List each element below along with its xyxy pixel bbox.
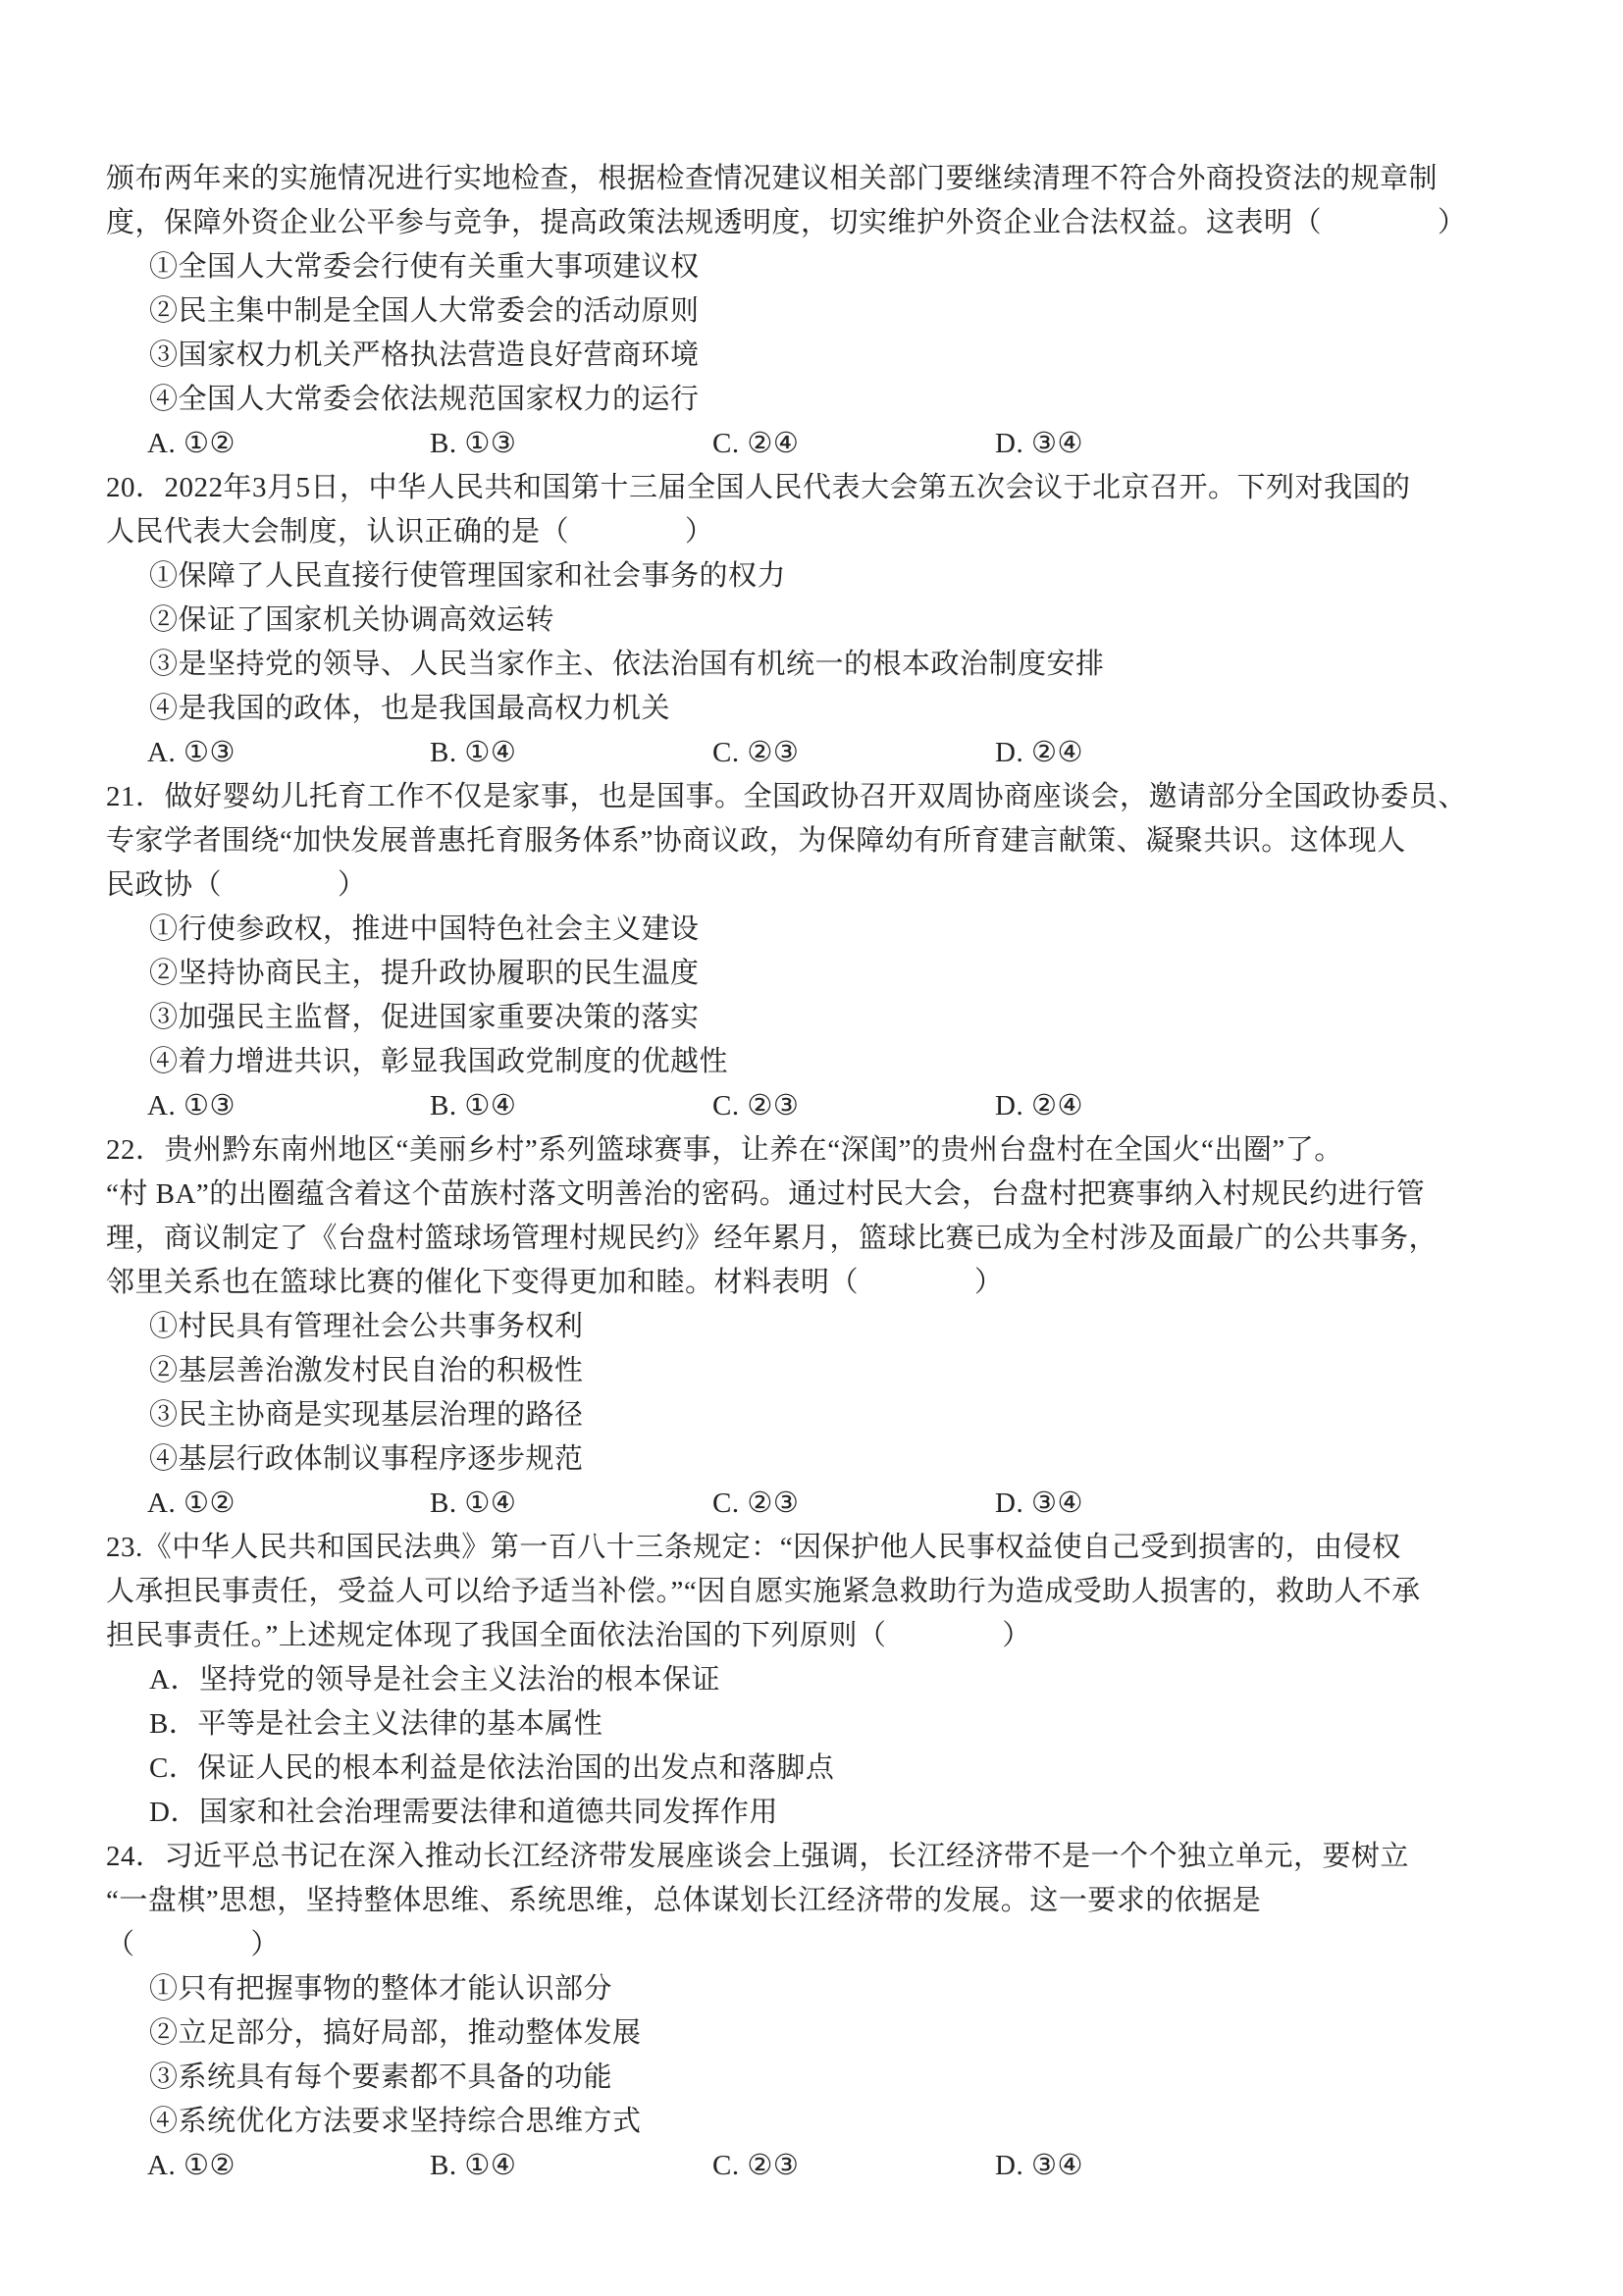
question-20: 20．2022年3月5日，中华人民共和国第十三届全国人民代表大会第五次会议于北京… <box>106 466 1529 775</box>
question-text-line: “村 BA”的出圈蕴含着这个苗族村落文明善治的密码。通过村民大会，台盘村把赛事纳… <box>106 1173 1529 1217</box>
option-line: ②基层善治激发村民自治的积极性 <box>106 1349 1529 1393</box>
choice-c: C. ②③ <box>712 1482 995 1526</box>
question-19-continuation: 颁布两年来的实施情况进行实地检查，根据检查情况建议相关部门要继续清理不符合外商投… <box>106 157 1529 466</box>
choice-a: A. ①② <box>147 1482 430 1526</box>
option-line: ③加强民主监督，促进国家重要决策的落实 <box>106 996 1529 1040</box>
choices-row: A. ①③B. ①④C. ②③D. ②④ <box>106 731 1529 775</box>
question-text-line: 21．做好婴幼儿托育工作不仅是家事，也是国事。全国政协召开双周协商座谈会，邀请部… <box>106 775 1529 819</box>
question-22: 22．贵州黔东南州地区“美丽乡村”系列篮球赛事，让养在“深闺”的贵州台盘村在全国… <box>106 1128 1529 1526</box>
question-text-line: 专家学者围绕“加快发展普惠托育服务体系”协商议政，为保障幼有所育建言献策、凝聚共… <box>106 819 1529 863</box>
choice-d: D. ②④ <box>995 1084 1083 1128</box>
option-line: ②保证了国家机关协调高效运转 <box>106 599 1529 643</box>
choices-row: A. ①②B. ①③C. ②④D. ③④ <box>106 422 1529 466</box>
question-text-line: 20．2022年3月5日，中华人民共和国第十三届全国人民代表大会第五次会议于北京… <box>106 466 1529 510</box>
choice-d: D. ③④ <box>995 2144 1083 2188</box>
option-line-d: D．国家和社会治理需要法律和道德共同发挥作用 <box>106 1791 1529 1835</box>
choice-c: C. ②③ <box>712 2144 995 2188</box>
choice-b: B. ①④ <box>430 1084 712 1128</box>
choice-b: B. ①④ <box>430 1482 712 1526</box>
option-line: ④基层行政体制议事程序逐步规范 <box>106 1437 1529 1482</box>
choices-row: A. ①②B. ①④C. ②③D. ③④ <box>106 2144 1529 2188</box>
option-line-a: A．坚持党的领导是社会主义法治的根本保证 <box>106 1658 1529 1702</box>
option-line-c: C．保证人民的根本利益是依法治国的出发点和落脚点 <box>106 1747 1529 1791</box>
option-line: ③民主协商是实现基层治理的路径 <box>106 1393 1529 1437</box>
question-text-line: 邻里关系也在篮球比赛的催化下变得更加和睦。材料表明（ ） <box>106 1261 1529 1305</box>
option-line: ①行使参政权，推进中国特色社会主义建设 <box>106 908 1529 952</box>
choice-c: C. ②③ <box>712 1084 995 1128</box>
choices-row: A. ①③B. ①④C. ②③D. ②④ <box>106 1084 1529 1128</box>
choice-b: B. ①④ <box>430 731 712 775</box>
choice-a: A. ①② <box>147 2144 430 2188</box>
option-line: ④系统优化方法要求坚持综合思维方式 <box>106 2100 1529 2144</box>
exam-page: 颁布两年来的实施情况进行实地检查，根据检查情况建议相关部门要继续清理不符合外商投… <box>0 0 1623 2296</box>
question-text-line: 理，商议制定了《台盘村篮球场管理村规民约》经年累月，篮球比赛已成为全村涉及面最广… <box>106 1217 1529 1261</box>
option-line: ③国家权力机关严格执法营造良好营商环境 <box>106 334 1529 378</box>
option-line: ②立足部分，搞好局部，推动整体发展 <box>106 2011 1529 2056</box>
option-line: ③系统具有每个要素都不具备的功能 <box>106 2056 1529 2100</box>
question-text-line: 度，保障外资企业公平参与竞争，提高政策法规透明度，切实维护外资企业合法权益。这表… <box>106 201 1529 245</box>
option-line: ④是我国的政体，也是我国最高权力机关 <box>106 687 1529 731</box>
option-line: ①保障了人民直接行使管理国家和社会事务的权力 <box>106 554 1529 599</box>
choice-a: A. ①③ <box>147 731 430 775</box>
choice-a: A. ①② <box>147 422 430 466</box>
option-line: ③是坚持党的领导、人民当家作主、依法治国有机统一的根本政治制度安排 <box>106 643 1529 687</box>
question-text-line: 人民代表大会制度，认识正确的是（ ） <box>106 510 1529 554</box>
option-line: ①全国人大常委会行使有关重大事项建议权 <box>106 245 1529 289</box>
question-text-line: 担民事责任。”上述规定体现了我国全面依法治国的下列原则（ ） <box>106 1614 1529 1658</box>
question-24: 24．习近平总书记在深入推动长江经济带发展座谈会上强调，长江经济带不是一个个独立… <box>106 1835 1529 2188</box>
choice-d: D. ③④ <box>995 1482 1083 1526</box>
question-21: 21．做好婴幼儿托育工作不仅是家事，也是国事。全国政协召开双周协商座谈会，邀请部… <box>106 775 1529 1128</box>
question-text-line: 民政协（ ） <box>106 863 1529 908</box>
option-line: ①只有把握事物的整体才能认识部分 <box>106 1967 1529 2011</box>
question-text-line: （ ） <box>106 1923 1529 1967</box>
option-line: ②坚持协商民主，提升政协履职的民生温度 <box>106 952 1529 996</box>
choices-row: A. ①②B. ①④C. ②③D. ③④ <box>106 1482 1529 1526</box>
choice-b: B. ①④ <box>430 2144 712 2188</box>
question-23: 23.《中华人民共和国民法典》第一百八十三条规定：“因保护他人民事权益使自己受到… <box>106 1526 1529 1835</box>
question-text-line: 颁布两年来的实施情况进行实地检查，根据检查情况建议相关部门要继续清理不符合外商投… <box>106 157 1529 201</box>
question-text-line: 23.《中华人民共和国民法典》第一百八十三条规定：“因保护他人民事权益使自己受到… <box>106 1526 1529 1570</box>
option-line: ①村民具有管理社会公共事务权利 <box>106 1305 1529 1349</box>
choice-b: B. ①③ <box>430 422 712 466</box>
option-line: ④着力增进共识，彰显我国政党制度的优越性 <box>106 1040 1529 1084</box>
choice-c: C. ②③ <box>712 731 995 775</box>
question-text-line: “一盘棋”思想，坚持整体思维、系统思维，总体谋划长江经济带的发展。这一要求的依据… <box>106 1879 1529 1923</box>
option-line: ④全国人大常委会依法规范国家权力的运行 <box>106 378 1529 422</box>
choice-d: D. ②④ <box>995 731 1083 775</box>
question-text-line: 22．贵州黔东南州地区“美丽乡村”系列篮球赛事，让养在“深闺”的贵州台盘村在全国… <box>106 1128 1529 1173</box>
option-line: ②民主集中制是全国人大常委会的活动原则 <box>106 289 1529 334</box>
question-text-line: 24．习近平总书记在深入推动长江经济带发展座谈会上强调，长江经济带不是一个个独立… <box>106 1835 1529 1879</box>
choice-a: A. ①③ <box>147 1084 430 1128</box>
option-line-b: B．平等是社会主义法律的基本属性 <box>106 1702 1529 1747</box>
choice-c: C. ②④ <box>712 422 995 466</box>
question-text-line: 人承担民事责任，受益人可以给予适当补偿。”“因自愿实施紧急救助行为造成受助人损害… <box>106 1570 1529 1614</box>
choice-d: D. ③④ <box>995 422 1083 466</box>
